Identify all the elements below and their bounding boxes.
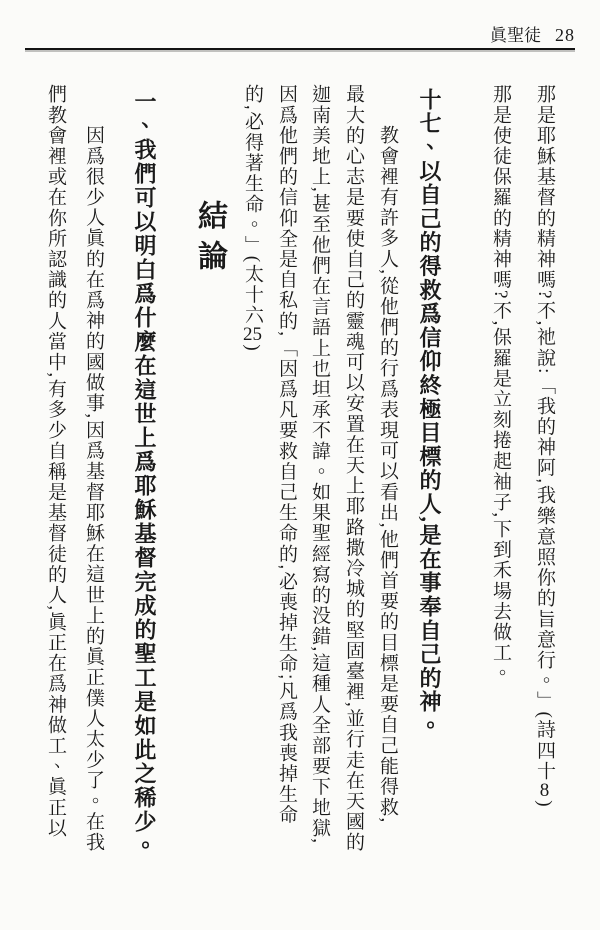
heading-text: 十七、以自己的得救爲信仰終極目標的人,是在事奉自己的神。 [417, 88, 442, 738]
scripture-reference: (詩四十 [534, 712, 555, 782]
reference-number: 25 [242, 325, 263, 344]
text-segment: 們教會裡或在你所認識的人當中,有多少自稱是基督徒的人,眞正在爲神做工、眞正以 [45, 84, 66, 838]
text-segment: 迦南美地上,甚至他們在言語上也坦承不諱。如果聖經寫的没錯,這種人全部要下地獄, [309, 84, 330, 845]
scripture-reference: (太十六 [242, 256, 263, 326]
section-17-paragraph-col-5: 的,必得著生命。」(太十六25) [243, 84, 262, 352]
text-segment: 一、我們可以明白爲什麼在這世上爲耶穌基督完成的聖工是如此之稀少。 [132, 90, 157, 858]
conclusion-heading: 結論 [194, 200, 224, 280]
scanned-book-page: 眞聖徒 28 那是耶穌基督的精神嗎?不,祂說:「我的神阿,我樂意照你的旨意行。」… [0, 0, 600, 930]
section-17-paragraph-col-1: 教會裡有許多人,從他們的行爲表現可以看出,他們首要的目標是要自己能得救, [378, 84, 397, 824]
reference-number: 8 [534, 781, 555, 800]
text-segment: 教會裡有許多人,從他們的行爲表現可以看出,他們首要的目標是要自己能得救, [377, 125, 398, 824]
page-number: 28 [555, 25, 575, 46]
header-rule [25, 48, 575, 50]
text-segment: 因爲他們的信仰全是自私的, [276, 84, 297, 338]
conclusion-point-1-column: 一、我們可以明白爲什麼在這世上爲耶穌基督完成的聖工是如此之稀少。 [133, 90, 155, 858]
scripture-reference-close: ) [242, 344, 263, 352]
text-segment: 那是耶穌基督的精神嗎?不,祂說: [534, 84, 555, 375]
section-17-paragraph-col-3: 迦南美地上,甚至他們在言語上也坦承不諱。如果聖經寫的没錯,這種人全部要下地獄, [310, 84, 329, 845]
conclusion-paragraph-col-2: 們教會裡或在你所認識的人當中,有多少自稱是基督徒的人,眞正在爲神做工、眞正以 [46, 84, 65, 838]
section-17-paragraph-col-4: 因爲他們的信仰全是自私的,「因爲凡要救自己生命的,必喪掉生命;凡爲我喪掉生命 [277, 84, 296, 825]
para-jesus-spirit-column: 那是耶穌基督的精神嗎?不,祂說:「我的神阿,我樂意照你的旨意行。」(詩四十8) [535, 84, 554, 808]
section-17-heading: 十七、以自己的得救爲信仰終極目標的人,是在事奉自己的神。 [418, 88, 440, 738]
scripture-quote: 「我的神阿,我樂意照你的旨意行。」 [534, 375, 555, 711]
book-title: 眞聖徒 [490, 21, 541, 46]
section-17-paragraph-col-2: 最大的心志是要使自己的靈魂可以安置在天上耶路撒冷城的堅固臺裡,並行走在天國的 [344, 84, 363, 853]
scripture-quote: 的,必得著生命。」 [242, 84, 263, 256]
scripture-reference-close: ) [534, 800, 555, 808]
text-segment: 那是使徒保羅的精神嗎?不,保羅是立刻捲起袖子,下到禾場去做工。 [490, 84, 511, 684]
scripture-quote: 「因爲凡要救自己生命的,必喪掉生命;凡爲我喪掉生命 [276, 338, 297, 826]
para-paul-spirit-column: 那是使徒保羅的精神嗎?不,保羅是立刻捲起袖子,下到禾場去做工。 [491, 84, 510, 684]
heading-text: 結論 [193, 200, 226, 280]
conclusion-paragraph-col-1: 因爲很少人眞的在爲神的國做事,因爲基督耶穌在這世上的眞正僕人太少了。在我 [84, 84, 103, 852]
running-head: 眞聖徒 28 [490, 21, 575, 46]
text-segment: 最大的心志是要使自己的靈魂可以安置在天上耶路撒冷城的堅固臺裡,並行走在天國的 [343, 84, 364, 853]
text-segment: 因爲很少人眞的在爲神的國做事,因爲基督耶穌在這世上的眞正僕人太少了。在我 [83, 125, 104, 852]
